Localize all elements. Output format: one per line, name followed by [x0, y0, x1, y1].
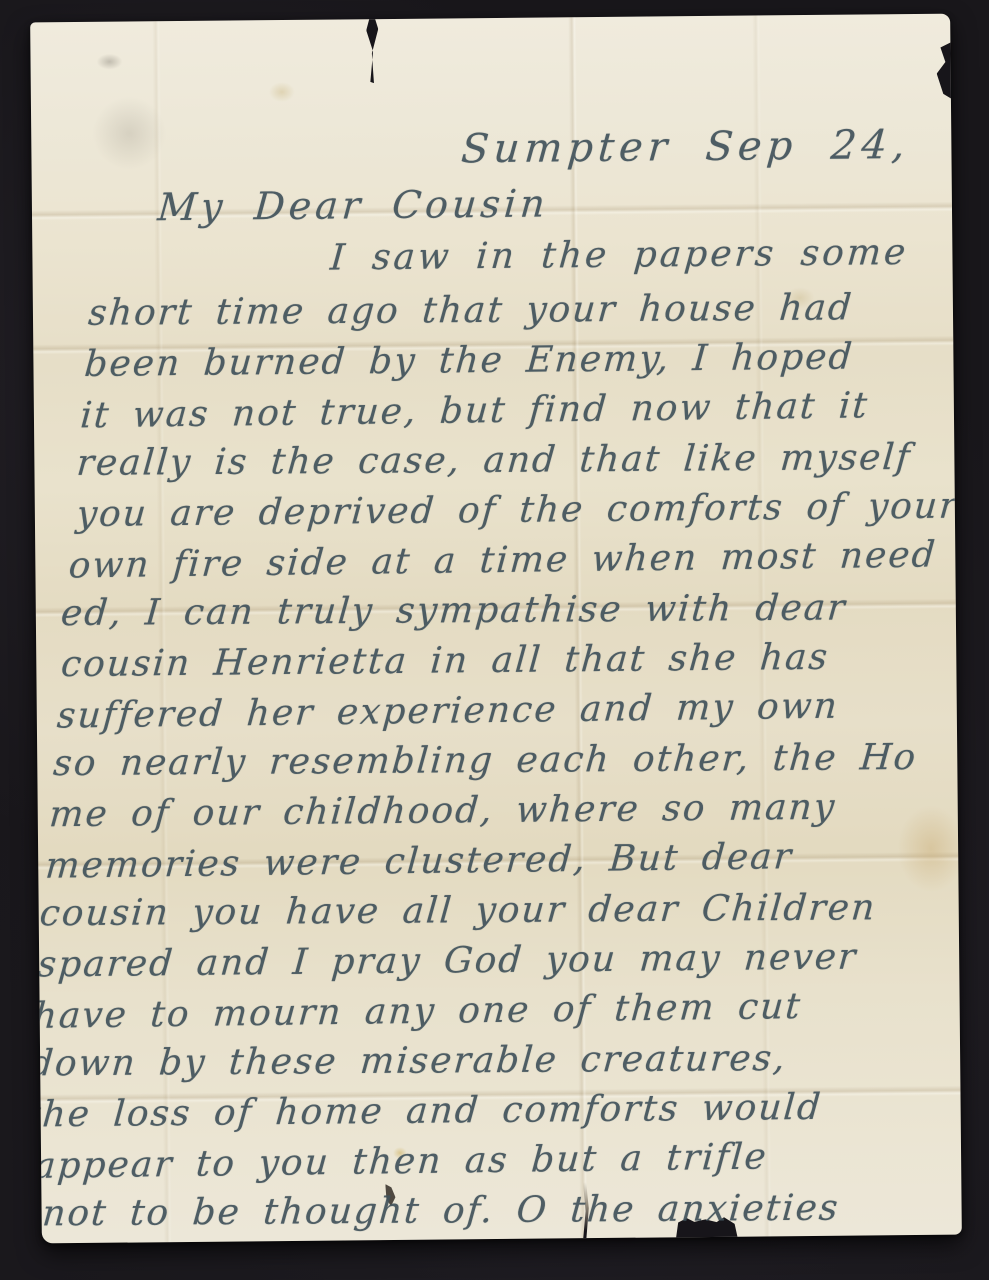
letter-body: short time ago that your house hadbeen b… — [30, 281, 962, 1240]
letter-line: suffered her experience and my own — [55, 680, 955, 741]
letter-line: memories were clustered, But dear — [44, 830, 944, 891]
stain-mark — [269, 82, 295, 102]
letter-opening-line: I saw in the papers some — [329, 232, 910, 279]
stain-mark — [89, 93, 170, 174]
letter-line: own fire side at a time when most need — [67, 530, 962, 591]
torn-edge-right — [936, 42, 953, 100]
letter-line: appear to you then as but a trifle — [32, 1131, 920, 1192]
letter-line: really is the case, and that like myself — [75, 432, 962, 488]
letter-line: down by these miserable creatures, — [30, 1033, 928, 1089]
letter-line: it was not true, but find now that it — [79, 380, 962, 441]
letter-line: ed, I can truly sympathise with dear — [59, 583, 962, 639]
letter-line: not to be thought of. O the anxieties — [40, 1183, 916, 1239]
letter-paper: Sumpter Sep 24, My Dear Cousin I saw in … — [30, 14, 962, 1244]
torn-edge-top — [366, 17, 379, 83]
letter-line: short time ago that your house had — [86, 282, 961, 338]
stain-mark — [96, 54, 122, 70]
letter-line: have to mourn any one of them cut — [32, 980, 932, 1041]
letter-salutation: My Dear Cousin — [156, 181, 550, 229]
letter-line: so nearly resembling each other, the Ho — [51, 733, 951, 789]
letter-dateline: Sumpter Sep 24, — [460, 122, 912, 172]
letter-line: cousin you have all your dear Children — [38, 883, 940, 939]
letter-photo-background: Sumpter Sep 24, My Dear Cousin I saw in … — [0, 0, 989, 1280]
